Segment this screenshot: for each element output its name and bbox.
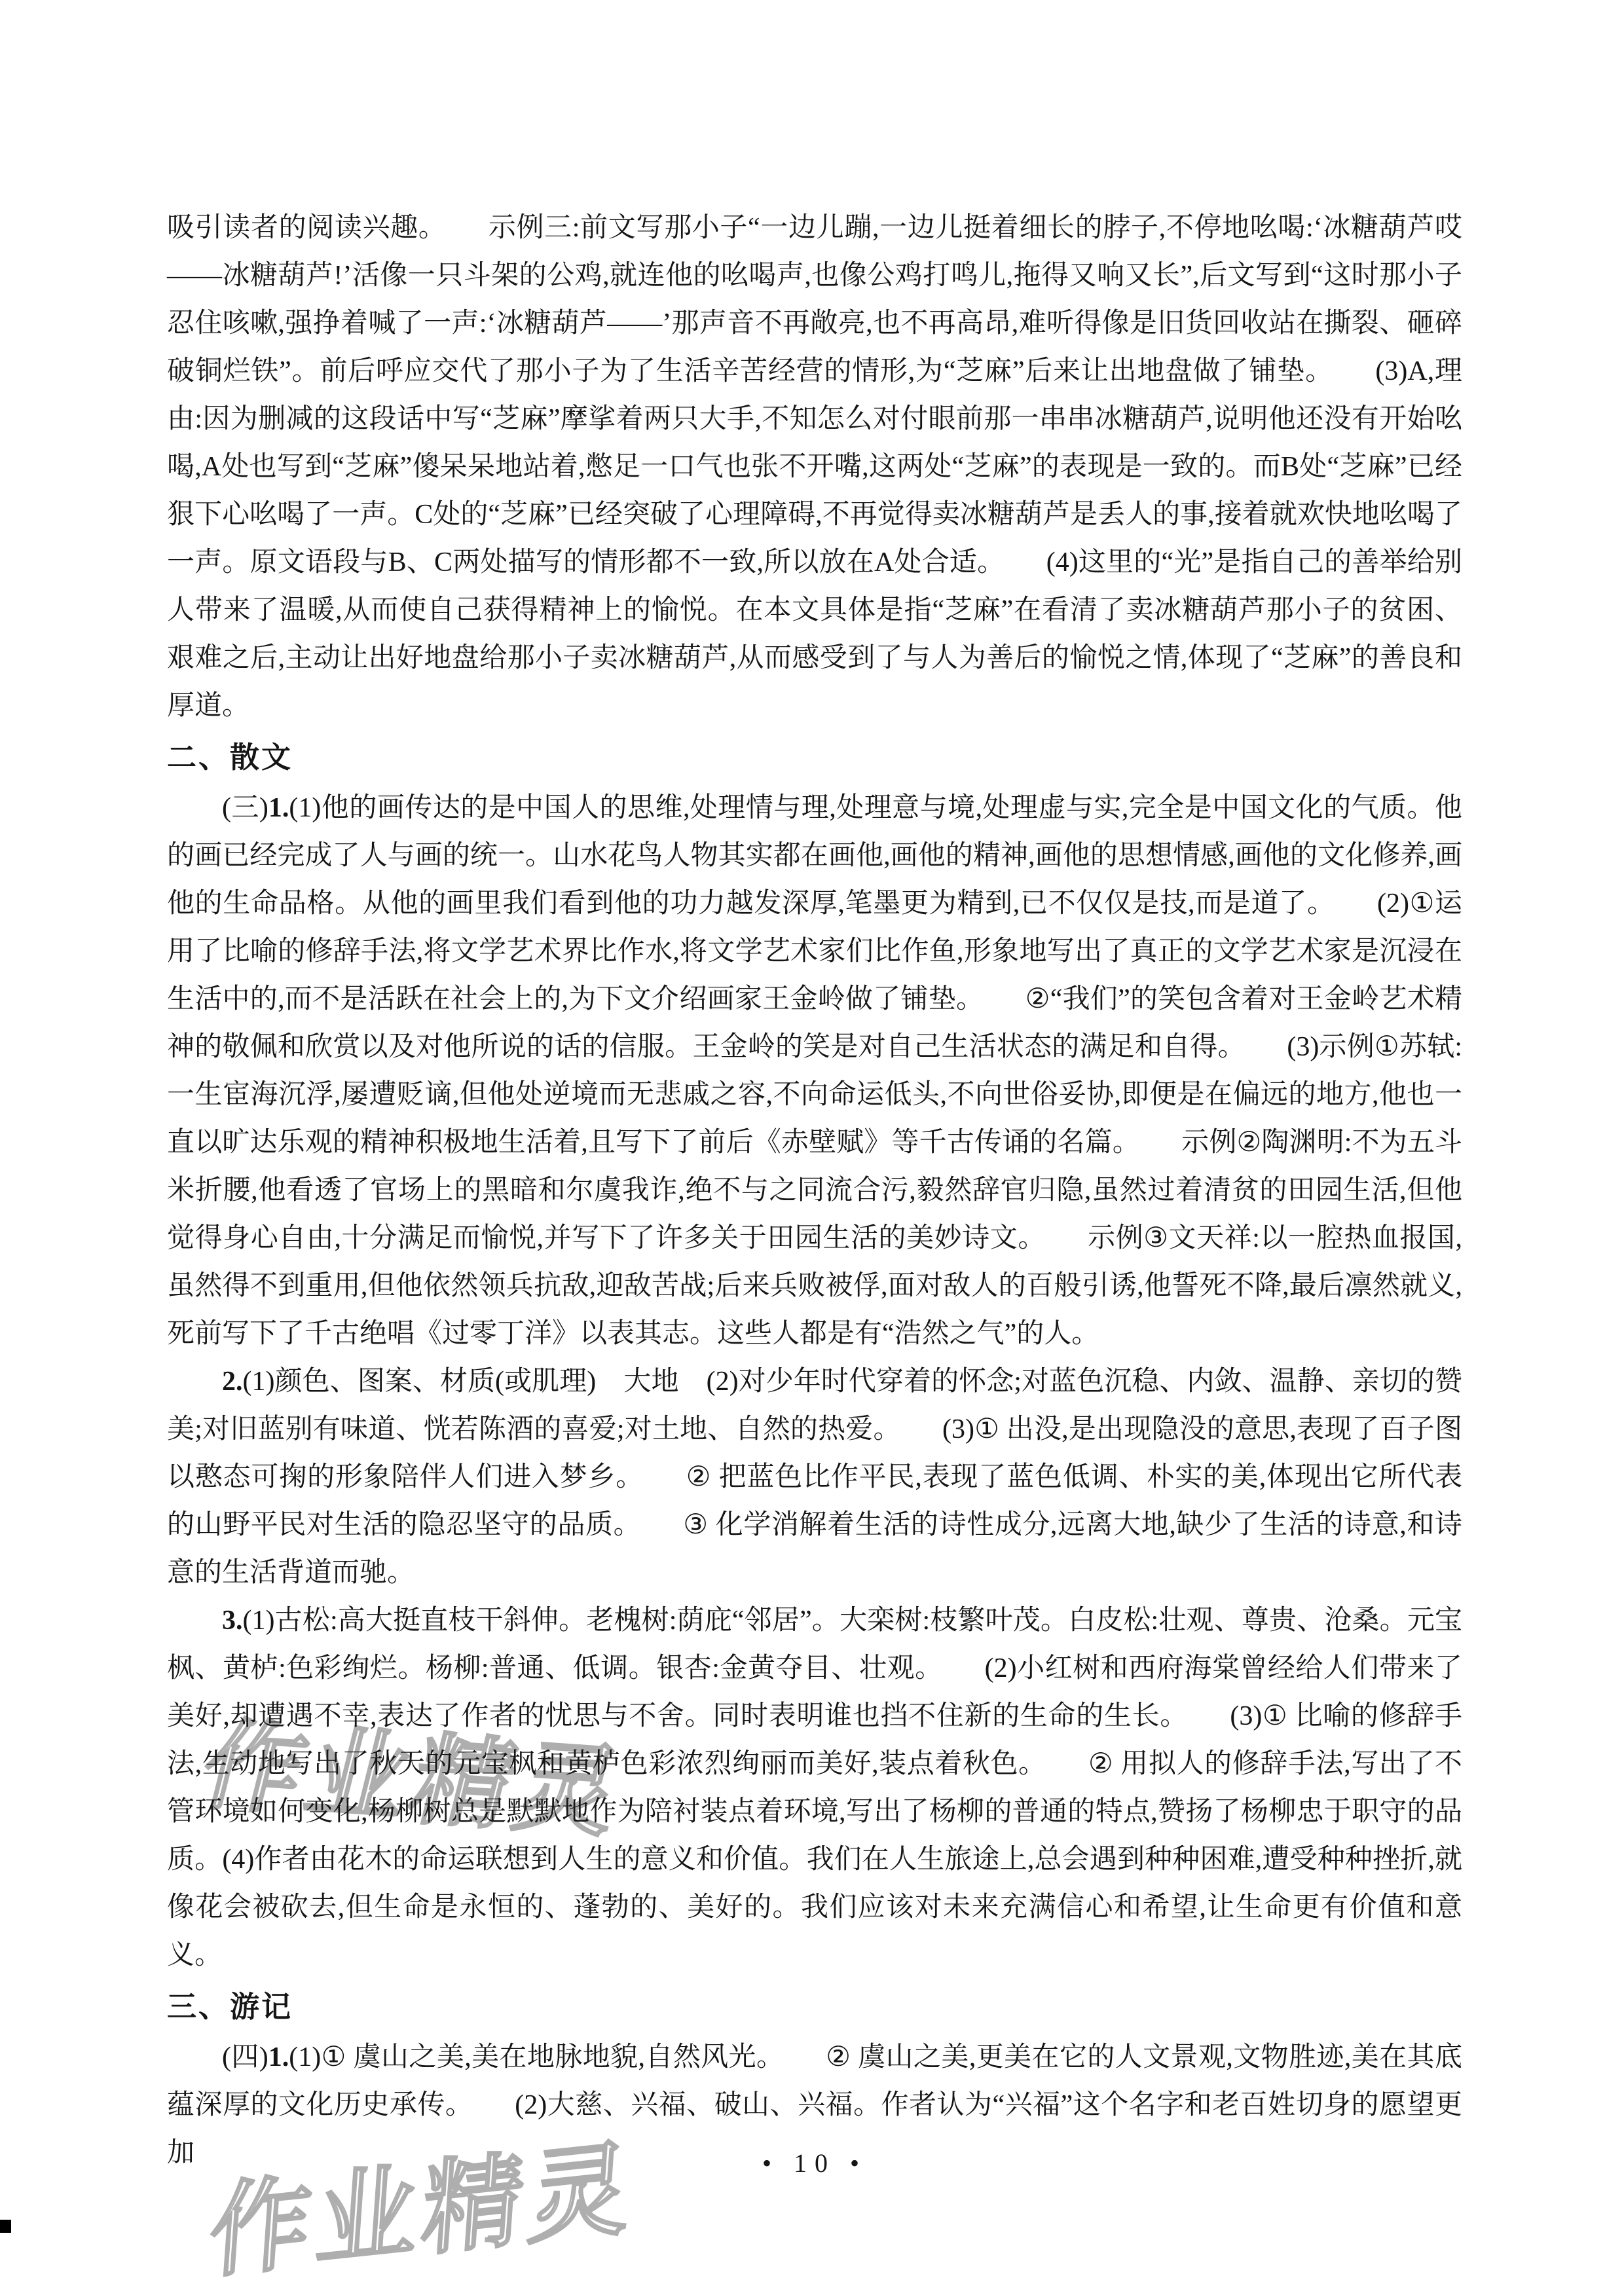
- text-run: 1.: [268, 2042, 289, 2072]
- document-body: 吸引读者的阅读兴趣。 示例三:前文写那小子“一边儿蹦,一边儿挺着细长的脖子,不停…: [167, 204, 1462, 2177]
- text-run: (1)他的画传达的是中国人的思维,处理情与理,处理意与境,处理虚与实,完全是中国…: [167, 793, 1462, 1349]
- paragraph: 3.(1)古松:高大挺直枝干斜伸。老槐树:荫庇“邻居”。大栾树:枝繁叶茂。白皮松…: [167, 1597, 1462, 1979]
- paragraph: (三)1.(1)他的画传达的是中国人的思维,处理情与理,处理意与境,处理虚与实,…: [167, 784, 1462, 1358]
- page-number-label: • 10 •: [762, 2148, 867, 2178]
- page-number: • 10 •: [167, 2148, 1462, 2178]
- scan-artifact-mark: [0, 2220, 11, 2233]
- text-run: (1)颜色、图案、材质(或肌理) 大地 (2)对少年时代穿着的怀念;对蓝色沉稳、…: [167, 1367, 1462, 1588]
- text-run: 吸引读者的阅读兴趣。 示例三:前文写那小子“一边儿蹦,一边儿挺着细长的脖子,不停…: [167, 213, 1462, 721]
- paragraph: 吸引读者的阅读兴趣。 示例三:前文写那小子“一边儿蹦,一边儿挺着细长的脖子,不停…: [167, 204, 1462, 730]
- scanned-answer-page: 作业精灵 作业精灵 吸引读者的阅读兴趣。 示例三:前文写那小子“一边儿蹦,一边儿…: [0, 0, 1624, 2295]
- text-run: 三、游记: [167, 1990, 293, 2023]
- text-run: 二、散文: [167, 741, 293, 774]
- text-run: (1)古松:高大挺直枝干斜伸。老槐树:荫庇“邻居”。大栾树:枝繁叶茂。白皮松:壮…: [167, 1606, 1462, 1970]
- text-run: 1.: [268, 793, 289, 823]
- section-heading: 三、游记: [167, 1983, 1462, 2030]
- text-run: 2.: [222, 1367, 243, 1397]
- section-heading: 二、散文: [167, 733, 1462, 781]
- text-run: (三): [222, 793, 268, 823]
- text-run: (四): [222, 2042, 268, 2072]
- text-run: 3.: [222, 1606, 243, 1636]
- paragraph: 2.(1)颜色、图案、材质(或肌理) 大地 (2)对少年时代穿着的怀念;对蓝色沉…: [167, 1358, 1462, 1597]
